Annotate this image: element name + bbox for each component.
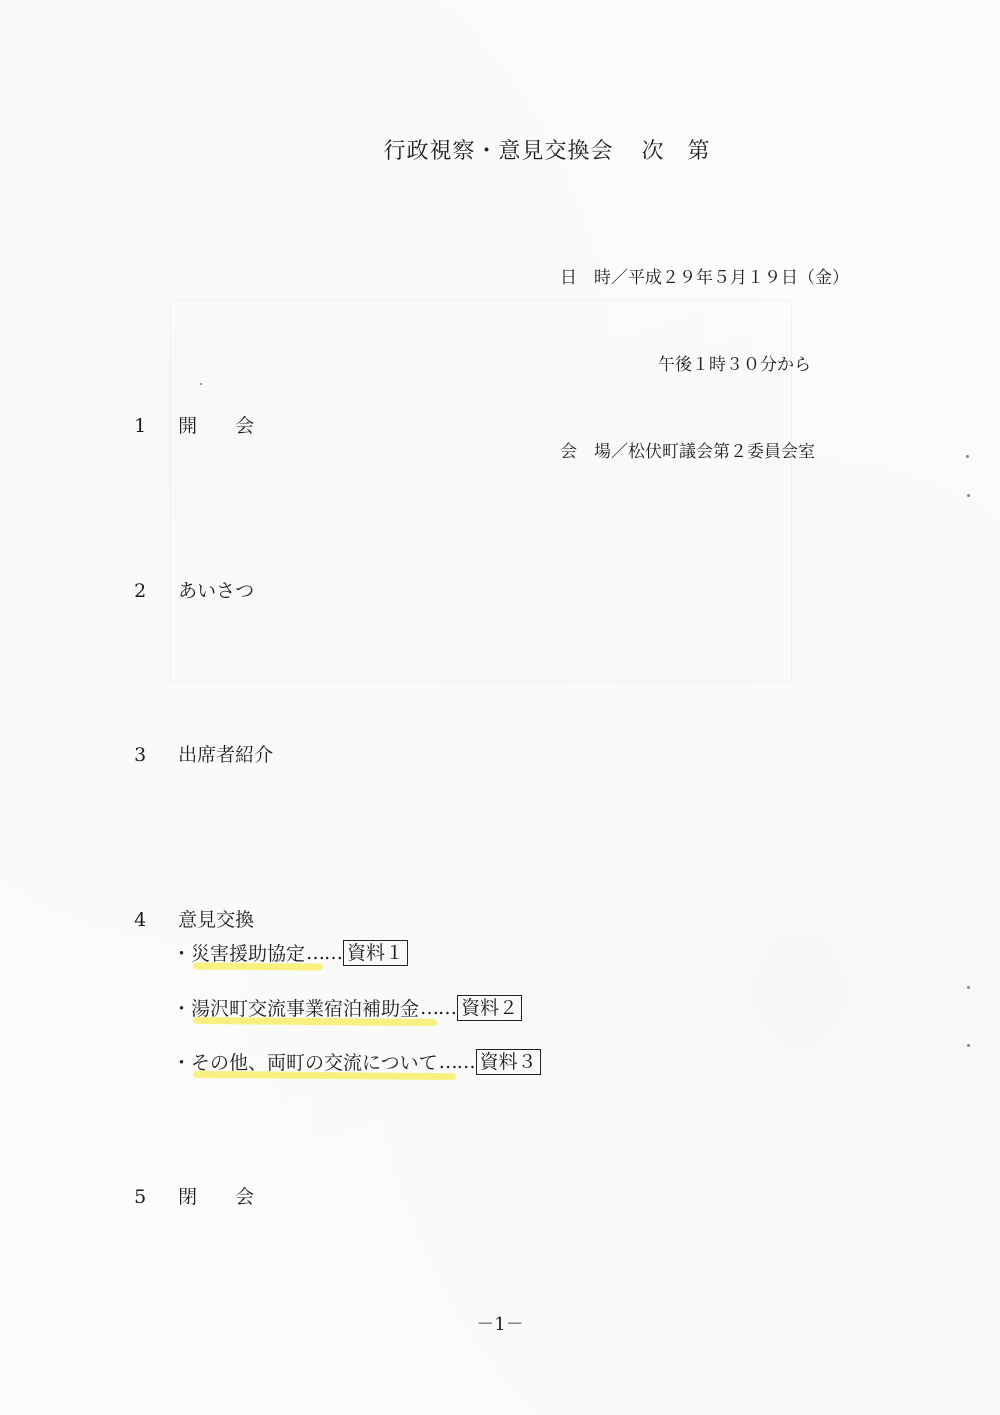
- meeting-meta: 日 時／平成２９年５月１９日（金） 午後１時３０分から 会 場／松伏町議会第２委…: [560, 206, 849, 496]
- agenda-number: 5: [134, 1186, 178, 1208]
- paper-speck: [967, 1044, 970, 1047]
- datetime-value: 平成２９年５月１９日（金）: [628, 268, 849, 288]
- discussion-item-disaster-agreement: ・災害援助協定……資料１: [172, 939, 408, 966]
- agenda-label: 閉 会: [178, 1186, 254, 1208]
- dot-leader: ……: [420, 997, 456, 1019]
- bullet: ・: [172, 939, 191, 966]
- venue-label: 会 場／: [560, 442, 628, 462]
- page-number: －1－: [0, 1310, 1000, 1336]
- bullet: ・: [172, 994, 191, 1021]
- reference-box: 資料１: [343, 940, 408, 966]
- agenda-label: 開 会: [178, 415, 254, 437]
- agenda-label: 出席者紹介: [178, 744, 273, 766]
- paper-speck: [967, 986, 970, 989]
- title-sub: 次 第: [642, 139, 711, 164]
- bullet: ・: [172, 1048, 191, 1075]
- reference-box: 資料２: [457, 995, 522, 1021]
- dot-leader: ……: [439, 1051, 475, 1073]
- reference-box: 資料３: [476, 1049, 541, 1075]
- agenda-number: 2: [134, 580, 178, 602]
- agenda-item-discussion: 4意見交換: [122, 883, 254, 932]
- agenda-item-greeting: 2あいさつ: [122, 554, 254, 603]
- venue-value: 松伏町議会第２委員会室: [628, 442, 815, 462]
- agenda-label: 意見交換: [178, 909, 254, 931]
- venue-line: 会 場／松伏町議会第２委員会室: [560, 438, 849, 467]
- paper-speck: [967, 494, 970, 497]
- agenda-label: あいさつ: [178, 580, 254, 602]
- highlighted-text: その他、両町の交流について: [191, 1048, 438, 1075]
- paper-speck: [200, 383, 202, 385]
- agenda-number: 4: [134, 909, 178, 931]
- highlighted-text: 災害援助協定: [191, 939, 305, 966]
- discussion-item-lodging-subsidy: ・湯沢町交流事業宿泊補助金……資料２: [172, 994, 522, 1021]
- discussion-item-other-exchange: ・その他、両町の交流について……資料３: [172, 1048, 541, 1075]
- agenda-item-introductions: 3出席者紹介: [122, 718, 273, 767]
- page-title: 行政視察・意見交換会次 第: [0, 134, 1000, 165]
- agenda-item-closing: 5閉 会: [122, 1160, 254, 1209]
- time-line: 午後１時３０分から: [560, 351, 849, 380]
- agenda-item-opening: 1開 会: [122, 389, 254, 438]
- agenda-number: 1: [134, 415, 178, 437]
- datetime-line: 日 時／平成２９年５月１９日（金）: [560, 264, 849, 293]
- title-main: 行政視察・意見交換会: [383, 139, 613, 164]
- highlighted-text: 湯沢町交流事業宿泊補助金: [191, 994, 419, 1021]
- time-value: 午後１時３０分から: [658, 355, 811, 375]
- dot-leader: ……: [306, 942, 342, 964]
- datetime-label: 日 時／: [560, 268, 628, 288]
- agenda-number: 3: [134, 744, 178, 766]
- paper-speck: [966, 455, 969, 458]
